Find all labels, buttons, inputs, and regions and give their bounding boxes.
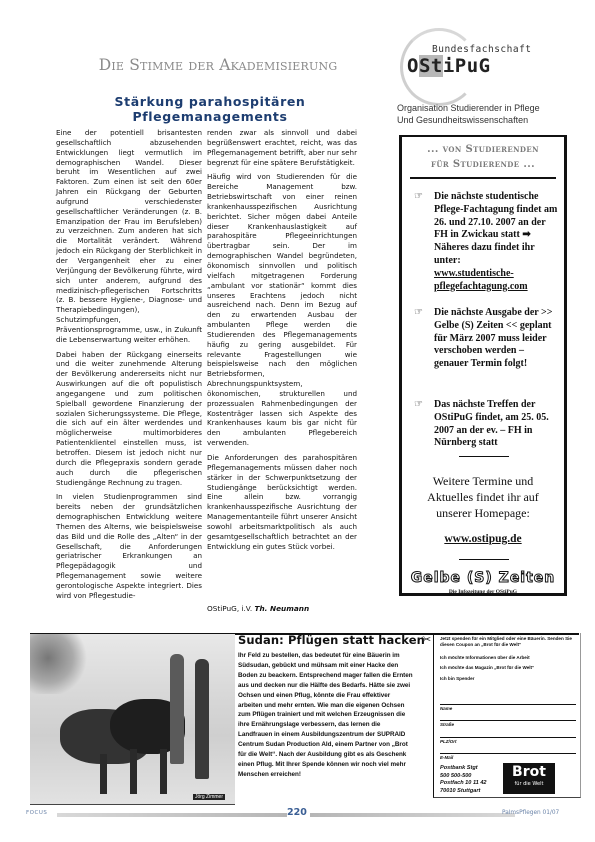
ad-photo-oxen: Jörg Zimmer (30, 634, 235, 805)
sidebar-news-item: ☞ Die nächste studentische Pflege-Fachta… (418, 191, 558, 293)
sidebar-news-item: ☞ Die nächste Ausgabe der >> Gelbe (S) Z… (418, 307, 558, 371)
news-sidebar-box: ... von Studierenden für Studierende ...… (399, 135, 567, 596)
article-column-left: Eine der potentiell brisantesten gesells… (56, 128, 202, 606)
coupon-field-label: PLZ/Ort (440, 739, 457, 744)
news-item-text: Die nächste Ausgabe der >> Gelbe (S) Zei… (434, 307, 558, 371)
news-item-text: Die nächste studentische Pflege-Fachtagu… (434, 191, 558, 268)
sidebar-heading-line-2: für Studierende ... (402, 159, 564, 170)
coupon-option[interactable]: Ich möchte das Magazin „Brot für die Wel… (440, 665, 574, 671)
brand-name: Brot (512, 764, 546, 780)
coupon-intro: Jetzt spenden für ein Mitglied oder eine… (440, 636, 574, 648)
brot-fuer-die-welt-logo: Brot für die Welt (503, 763, 555, 794)
ad-contact-info: Postbank Stgt 500 500-500 Postfach 10 11… (440, 765, 487, 795)
article-column-middle: renden zwar als sinnvoll und dabei begrü… (207, 128, 357, 556)
pointing-hand-icon: ☞ (414, 399, 423, 412)
logo-small-text: Bundesfachschaft (432, 44, 532, 55)
paragraph: renden zwar als sinnvoll und dabei begrü… (207, 128, 357, 167)
contact-line: Postfach 10 11 42 (440, 780, 487, 788)
coupon-field-label: E-Mail (440, 755, 453, 760)
logo-subtitle-line-1: Organisation Studierender in Pflege (397, 102, 540, 114)
signature-org: OStiPuG, i.V. (207, 604, 252, 613)
logo-wordmark: OStiPuG (407, 55, 491, 77)
contact-line: 500 500-500 (440, 773, 487, 781)
article-title-line-2: Pflegemanagements (60, 109, 360, 124)
sidebar-divider (410, 177, 556, 179)
photo-credit: Jörg Zimmer (193, 794, 225, 800)
page-number: 220 (287, 807, 307, 818)
scissors-icon: ✂ (422, 633, 431, 646)
photo-ox-leg (160, 749, 167, 794)
brand-subtitle: für die Welt (503, 781, 555, 787)
coupon-field-line[interactable] (440, 737, 576, 738)
article-title-line-1: Stärkung parahospitären (60, 94, 360, 109)
footer-issue-label: PalmsPflegen 01/07 (502, 810, 559, 816)
sidebar-heading-line-1: ... von Studierenden (402, 144, 564, 155)
photo-tree (30, 634, 90, 694)
contact-line: 70010 Stuttgart (440, 788, 487, 796)
photo-ox-leg (100, 754, 107, 794)
signature-name: Th. Neumann (255, 604, 310, 613)
photo-person (195, 659, 209, 779)
coupon-field-line[interactable] (440, 720, 576, 721)
section-kicker: Die Stimme der Akademisierung (68, 56, 368, 74)
logo-letters-highlight: St (419, 55, 443, 77)
footer-section-label: FOCUS (26, 810, 47, 816)
paragraph: Eine der potentiell brisantesten gesells… (56, 128, 202, 345)
photo-ox-leg (130, 749, 137, 794)
contact-line: Postbank Stgt (440, 765, 487, 773)
ad-title: Sudan: Pflügen statt hacken (238, 633, 425, 647)
ad-body: Ihr Feld zu bestellen, das bedeutet für … (238, 651, 416, 780)
sidebar-news-item: ☞ Das nächste Treffen der OStiPuG findet… (418, 399, 558, 450)
gelbe-zeiten-title: Gelbe (S) Zeiten (402, 570, 564, 586)
logo-subtitle: Organisation Studierender in Pflege Und … (397, 102, 540, 126)
gelbe-zeiten-subtitle: Die Infozeitung der OStiPuG (402, 589, 564, 595)
fachtagung-link[interactable]: www.studentische-pflegefachtagung.com (434, 268, 558, 294)
photo-person (170, 654, 184, 764)
paragraph: Die Anforderungen des parahospitären Pfl… (207, 453, 357, 551)
homepage-link[interactable]: www.ostipug.de (402, 533, 564, 545)
pointing-hand-icon: ☞ (414, 191, 423, 204)
article-signature: OStiPuG, i.V. Th. Neumann (207, 604, 309, 614)
sidebar-more-info: Weitere Termine und Aktuelles findet ihr… (402, 473, 564, 521)
coupon-field-line[interactable] (440, 753, 576, 754)
article-title: Stärkung parahospitären Pflegemanagement… (60, 94, 360, 124)
coupon-option[interactable]: Ich bin Spender (440, 676, 574, 682)
news-item-text: Das nächste Treffen der OStiPuG findet, … (434, 399, 558, 450)
paragraph: In vielen Studienprogrammen sind bereits… (56, 492, 202, 600)
paragraph: Häufig wird von Studierenden für die Ber… (207, 172, 357, 448)
sidebar-short-divider (459, 456, 509, 457)
footer-bar-left (57, 813, 287, 817)
paragraph: Dabei haben der Rückgang einerseits und … (56, 350, 202, 488)
coupon-field-label: Straße (440, 722, 454, 727)
logo-subtitle-line-2: Und Gesundheitswissenschaften (397, 114, 540, 126)
logo-letters-rest: iPuG (443, 55, 491, 77)
coupon-field-line[interactable] (440, 704, 576, 705)
sidebar-short-divider (459, 559, 509, 560)
coupon-option[interactable]: Ich möchte Informationen über die Arbeit (440, 655, 574, 661)
logo-letter-o: O (407, 55, 419, 77)
footer-bar-right (310, 813, 515, 817)
coupon-field-label: Name (440, 706, 452, 711)
pointing-hand-icon: ☞ (414, 307, 423, 320)
